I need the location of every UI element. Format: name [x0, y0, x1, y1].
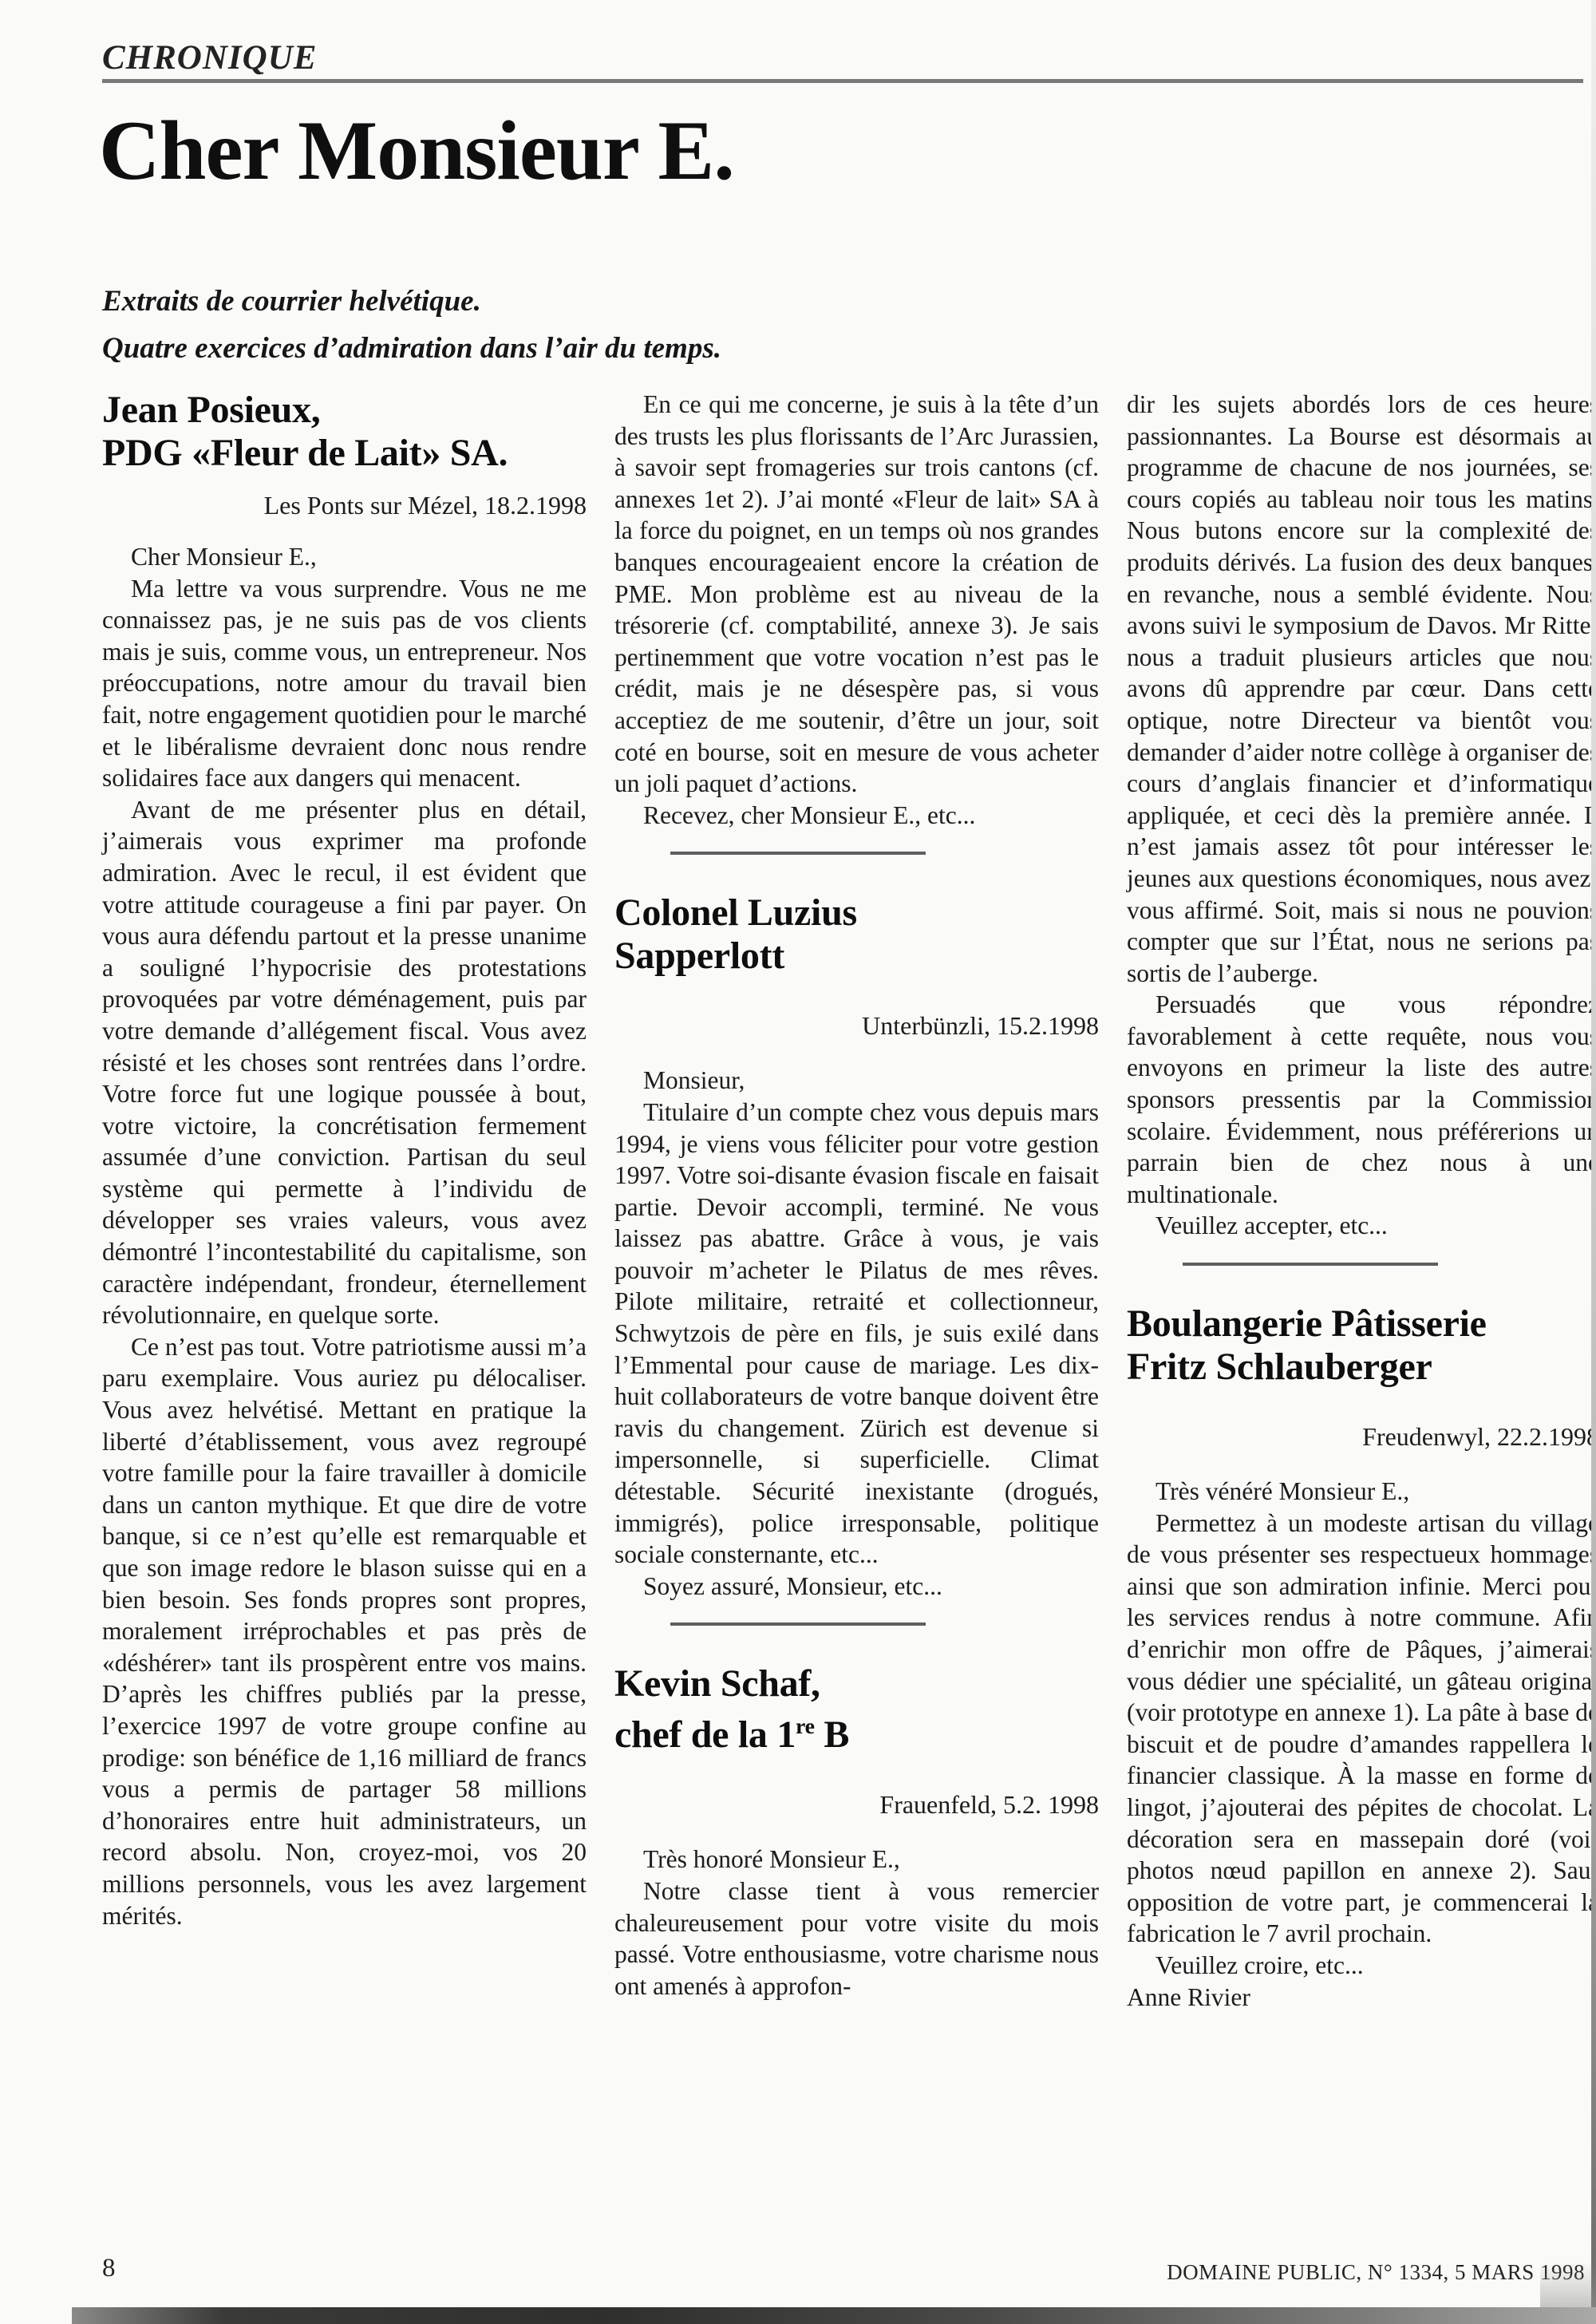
- heading-text: B: [815, 1713, 849, 1756]
- column-2: En ce qui me concerne, je suis à la tête…: [614, 389, 1099, 2002]
- paragraph: En ce qui me concerne, je suis à la tête…: [614, 389, 1099, 800]
- paragraph: Avant de me présenter plus en détail, j’…: [102, 794, 587, 1331]
- letter-posieux-body-col2: En ce qui me concerne, je suis à la tête…: [614, 389, 1099, 831]
- letter-posieux-dateline: Les Ponts sur Mézel, 18.2.1998: [102, 491, 587, 520]
- article-subtitle: Extraits de courrier helvétique. Quatre …: [102, 278, 721, 372]
- letter-schlauberger-heading: Boulangerie Pâtisserie Fritz Schlauberge…: [1127, 1302, 1596, 1389]
- footer-journal-line: DOMAINE PUBLIC, N° 1334, 5 MARS 1998: [1167, 2260, 1585, 2285]
- scan-edge-bottom: [72, 2307, 1596, 2324]
- letter-schaf-heading-line1: Kevin Schaf,: [614, 1662, 1099, 1705]
- column-3: dir les sujets abordés lors de ces heure…: [1127, 389, 1596, 2013]
- letter-sapperlott-heading-line2: Sapperlott: [614, 935, 1099, 978]
- paragraph: Ma lettre va vous surprendre. Vous ne me…: [102, 573, 587, 794]
- column-1: Jean Posieux, PDG «Fleur de Lait» SA. Le…: [102, 389, 587, 1931]
- kicker-rule: [102, 79, 1583, 83]
- heading-superscript: re: [796, 1714, 815, 1739]
- letter-sapperlott-closing: Soyez assuré, Monsieur, etc...: [614, 1571, 1099, 1603]
- letter-schlauberger-signature: Anne Rivier: [1127, 1982, 1596, 2014]
- subtitle-line-2: Quatre exercices d’admiration dans l’air…: [102, 325, 721, 372]
- letter-sapperlott-salutation: Monsieur,: [614, 1065, 1099, 1097]
- scanned-magazine-page: CHRONIQUE Cher Monsieur E. Extraits de c…: [0, 0, 1596, 2324]
- section-divider: [1183, 1263, 1438, 1266]
- letter-schaf-closing: Veuillez accepter, etc...: [1127, 1210, 1596, 1242]
- letter-posieux-body-col1: Cher Monsieur E., Ma lettre va vous surp…: [102, 541, 587, 1931]
- subtitle-line-1: Extraits de courrier helvétique.: [102, 278, 721, 325]
- letter-schlauberger-dateline: Freudenwyl, 22.2.1998: [1127, 1422, 1596, 1452]
- letter-sapperlott-heading: Colonel Luzius Sapperlott: [614, 891, 1099, 978]
- section-divider: [670, 1622, 926, 1626]
- letter-schaf-body-col3: dir les sujets abordés lors de ces heure…: [1127, 389, 1596, 1242]
- letter-posieux-salutation: Cher Monsieur E.,: [102, 541, 587, 573]
- paragraph: Persuadés que vous répondrez favorableme…: [1127, 989, 1596, 1210]
- letter-sapperlott-heading-line1: Colonel Luzius: [614, 891, 1099, 935]
- letter-schaf-heading-line2: chef de la 1re B: [614, 1705, 1099, 1757]
- letter-schaf-body-col2: Très honoré Monsieur E., Notre classe ti…: [614, 1844, 1099, 2002]
- scan-shadow-bottom-right: [1540, 2262, 1596, 2310]
- letter-schlauberger-body: Très vénéré Monsieur E., Permettez à un …: [1127, 1476, 1596, 2013]
- letter-schlauberger-heading-line2: Fritz Schlauberger: [1127, 1346, 1596, 1389]
- letter-schlauberger-heading-line1: Boulangerie Pâtisserie: [1127, 1302, 1596, 1346]
- page-title: Cher Monsieur E.: [99, 102, 734, 200]
- section-kicker: CHRONIQUE: [102, 38, 317, 77]
- letter-schaf-heading: Kevin Schaf, chef de la 1re B: [614, 1662, 1099, 1757]
- letter-posieux-closing: Recevez, cher Monsieur E., etc...: [614, 800, 1099, 832]
- heading-text: chef de la 1: [614, 1713, 796, 1756]
- letter-sapperlott-body: Monsieur, Titulaire d’un compte chez vou…: [614, 1065, 1099, 1602]
- letter-posieux-heading-line2: PDG «Fleur de Lait» SA.: [102, 432, 587, 475]
- paragraph: dir les sujets abordés lors de ces heure…: [1127, 389, 1596, 989]
- paragraph: Notre classe tient à vous remercier chal…: [614, 1875, 1099, 2002]
- letter-schlauberger-closing: Veuillez croire, etc...: [1127, 1950, 1596, 1982]
- scan-edge-right: [1591, 0, 1596, 2324]
- paragraph: Permettez à un modeste artisan du villag…: [1127, 1508, 1596, 1950]
- paragraph: Ce n’est pas tout. Votre patriotisme aus…: [102, 1331, 587, 1931]
- letter-sapperlott-dateline: Unterbünzli, 15.2.1998: [614, 1011, 1099, 1041]
- footer-page-number: 8: [102, 2254, 116, 2283]
- letter-schaf-salutation: Très honoré Monsieur E.,: [614, 1844, 1099, 1875]
- paragraph: Titulaire d’un compte chez vous depuis m…: [614, 1097, 1099, 1571]
- letter-posieux-heading: Jean Posieux, PDG «Fleur de Lait» SA.: [102, 389, 587, 475]
- section-divider: [670, 852, 926, 855]
- letter-schlauberger-salutation: Très vénéré Monsieur E.,: [1127, 1476, 1596, 1508]
- letter-schaf-dateline: Frauenfeld, 5.2. 1998: [614, 1790, 1099, 1820]
- letter-posieux-heading-line1: Jean Posieux,: [102, 389, 587, 432]
